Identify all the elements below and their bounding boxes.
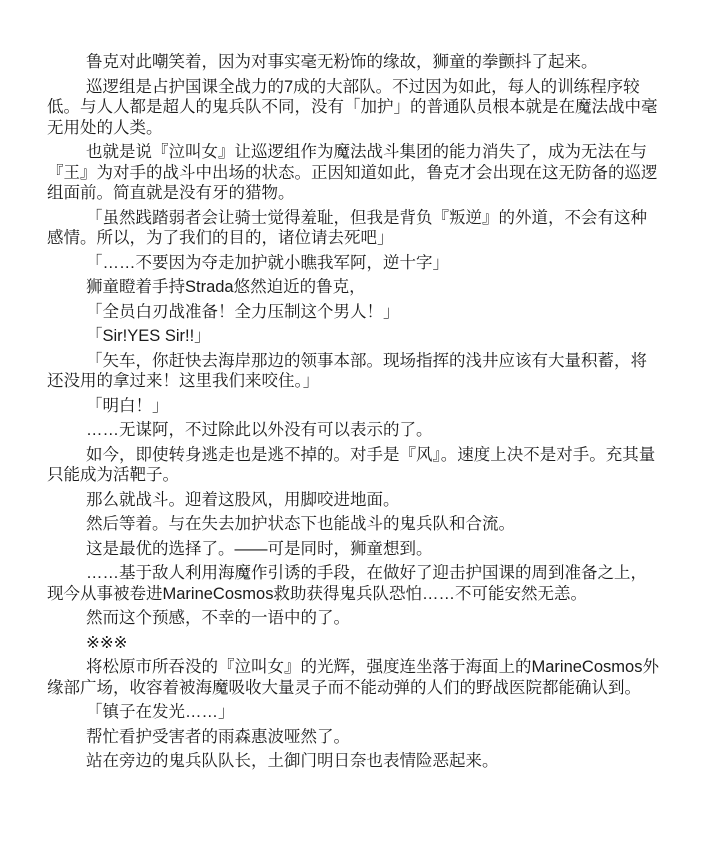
paragraph: 然后等着。与在失去加护状态下也能战斗的鬼兵队和合流。 — [47, 514, 660, 535]
paragraph-dialogue: 「虽然践踏弱者会让骑士觉得羞耻，但我是背负『叛逆』的外道，不会有这种感情。所以，… — [47, 208, 660, 249]
paragraph: ……无谋阿，不过除此以外没有可以表示的了。 — [47, 420, 660, 441]
scene-break: ※※※ — [47, 633, 660, 654]
paragraph-dialogue: 「……不要因为夺走加护就小瞧我军阿，逆十字」 — [47, 253, 660, 274]
paragraph: 那么就战斗。迎着这股风，用脚咬进地面。 — [47, 490, 660, 511]
paragraph-dialogue: 「全员白刃战准备！全力压制这个男人！」 — [47, 302, 660, 323]
paragraph: 如今，即使转身逃走也是逃不掉的。对手是『风』。速度上决不是对手。充其量只能成为活… — [47, 445, 660, 486]
paragraph: 然而这个预感，不幸的一语中的了。 — [47, 608, 660, 629]
paragraph: 帮忙看护受害者的雨森惠波哑然了。 — [47, 727, 660, 748]
paragraph: 这是最优的选择了。——可是同时，狮童想到。 — [47, 539, 660, 560]
paragraph: 站在旁边的鬼兵队队长，土御门明日奈也表情险恶起来。 — [47, 751, 660, 772]
paragraph: 巡逻组是占护国课全战力的7成的大部队。不过因为如此，每人的训练程序较低。与人人都… — [47, 77, 660, 139]
paragraph-dialogue: 「矢车，你赶快去海岸那边的领事本部。现场指挥的浅井应该有大量积蓄，将还没用的拿过… — [47, 351, 660, 392]
paragraph: ……基于敌人利用海魔作引诱的手段，在做好了迎击护国课的周到准备之上，现今从事被卷… — [47, 563, 660, 604]
paragraph-dialogue: 「明白！」 — [47, 396, 660, 417]
paragraph-dialogue: 「Sir!YES Sir!!」 — [47, 326, 660, 347]
paragraph: 也就是说『泣叫女』让巡逻组作为魔法战斗集团的能力消失了，成为无法在与『王』为对手… — [47, 142, 660, 204]
novel-page: 鲁克对此嘲笑着，因为对事实毫无粉饰的缘故，狮童的拳颤抖了起来。 巡逻组是占护国课… — [0, 0, 708, 850]
paragraph: 鲁克对此嘲笑着，因为对事实毫无粉饰的缘故，狮童的拳颤抖了起来。 — [47, 52, 660, 73]
paragraph: 将松原市所吞没的『泣叫女』的光辉，强度连坐落于海面上的MarineCosmos外… — [47, 657, 660, 698]
paragraph-dialogue: 「镇子在发光……」 — [47, 702, 660, 723]
paragraph: 狮童瞪着手持Strada悠然迫近的鲁克， — [47, 277, 660, 298]
